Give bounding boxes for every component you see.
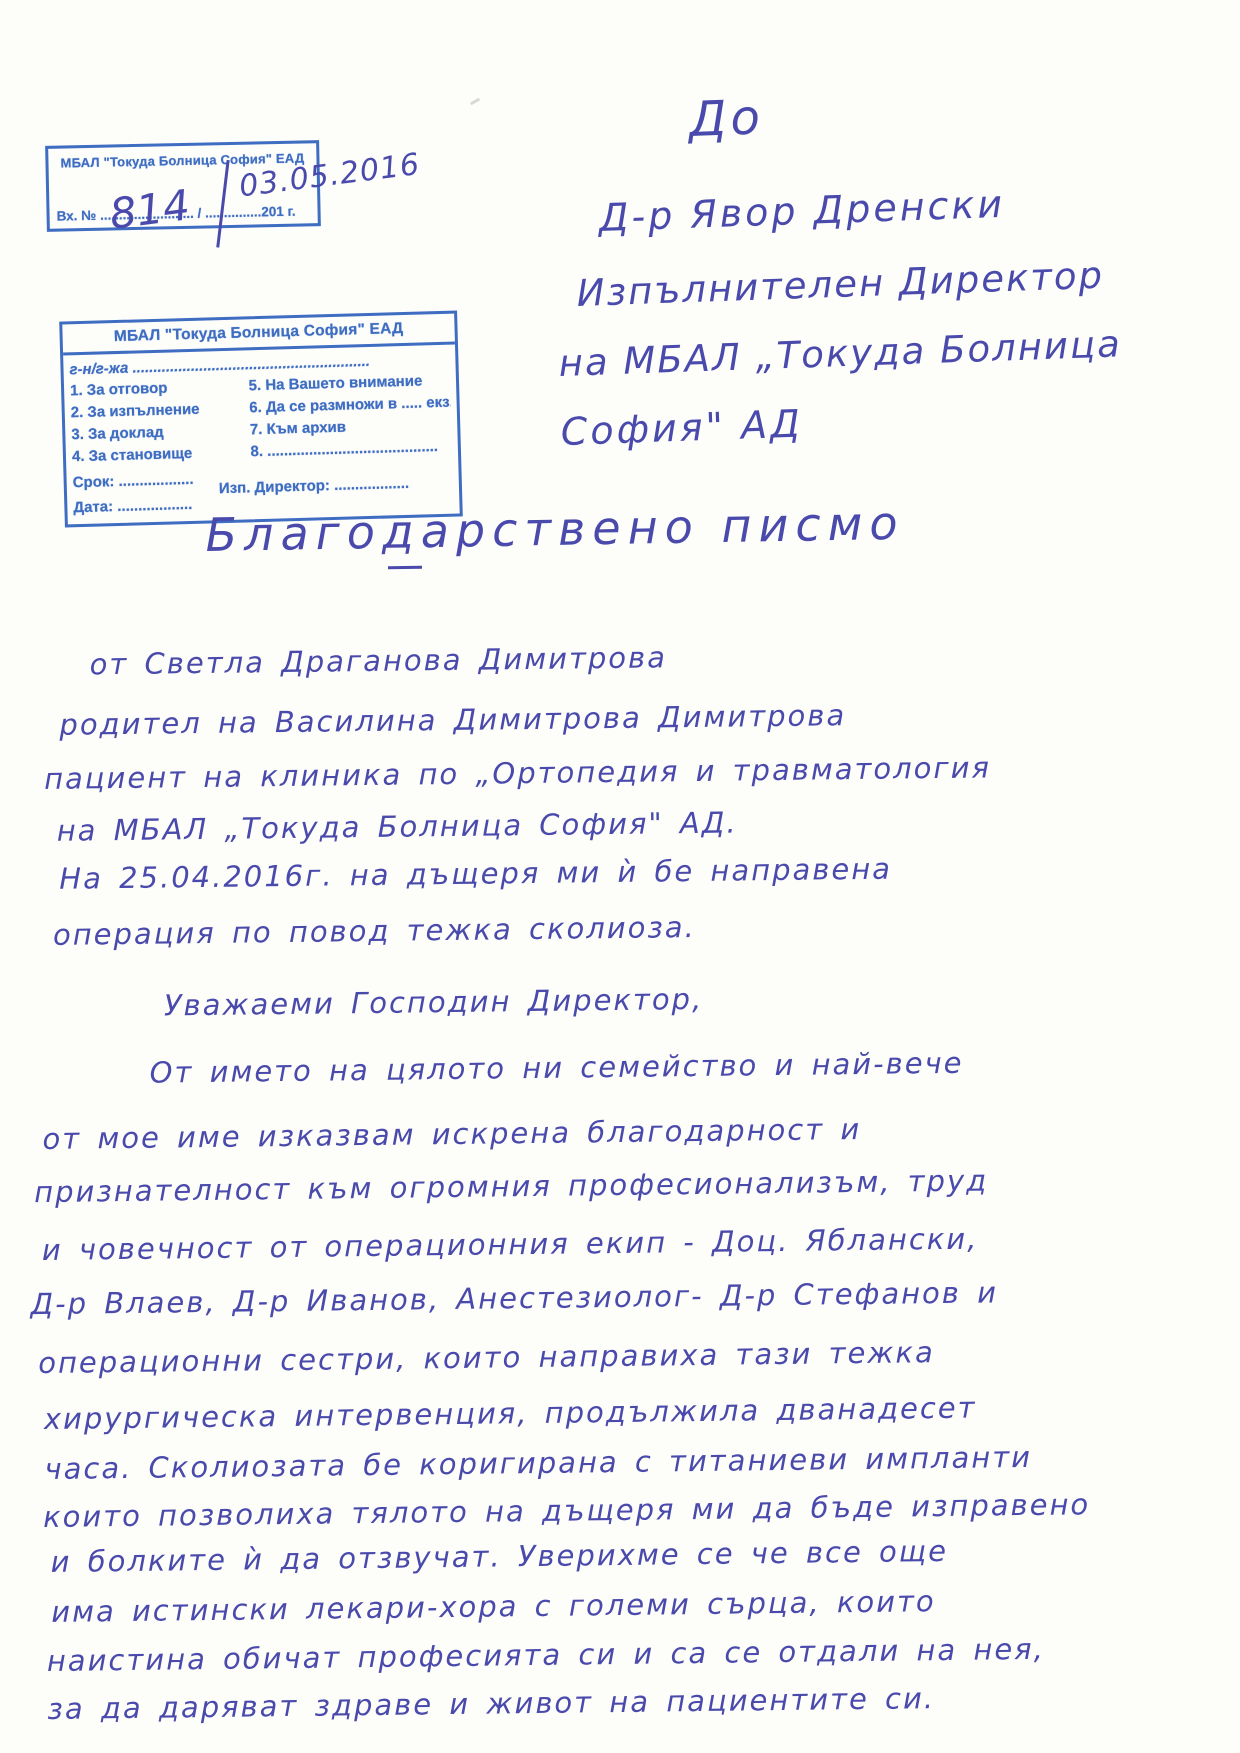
scanned-letter-page: МБАЛ "Токуда Болница София" ЕАД Вх. № ..… (0, 0, 1240, 1753)
body-line: От името на цялото ни семейство и най-ве… (149, 1046, 963, 1090)
body-line: операционни сестри, които направиха тази… (38, 1335, 935, 1380)
body-line: Д-р Влаев, Д-р Иванов, Анестезиолог- Д-р… (30, 1275, 998, 1321)
salutation-line: Уважаеми Господин Директор, (164, 982, 704, 1023)
body-line: родител на Василина Димитрова Димитрова (59, 698, 846, 742)
body-line: часа. Сколиозата бе коригирана с титание… (44, 1440, 1032, 1486)
body-line: които позволиха тялото на дъщеря ми да б… (43, 1487, 1090, 1534)
body-line: наистина обичат професията си и са се от… (47, 1632, 1045, 1678)
body-line: на МБАЛ „Токуда Болница София" АД. (57, 805, 738, 847)
body-line: и човечност от операционния екип - Доц. … (42, 1222, 979, 1267)
body-line: има истински лекари-хора с големи сърца,… (51, 1584, 936, 1629)
body-line: признателност към огромния професионализ… (34, 1163, 988, 1209)
body-line: На 25.04.2016г. на дъщеря ми ѝ бе направ… (59, 852, 892, 896)
body-line: за да даряват здраве и живот на пациенти… (47, 1681, 935, 1726)
body-line: хирургическа интервенция, продължила два… (44, 1391, 977, 1436)
body-line: от мое име изказвам искрена благодарност… (42, 1112, 861, 1156)
letter-body: от Светла Драганова Димитрова родител на… (0, 0, 1240, 1753)
body-line: пациент на клиника по „Ортопедия и травм… (44, 750, 991, 796)
body-line: и болките ѝ да отзвучат. Уверихме се че … (50, 1534, 948, 1579)
body-line: от Светла Драганова Димитрова (89, 640, 667, 681)
body-line: операция по повод тежка сколиоза. (53, 910, 696, 952)
